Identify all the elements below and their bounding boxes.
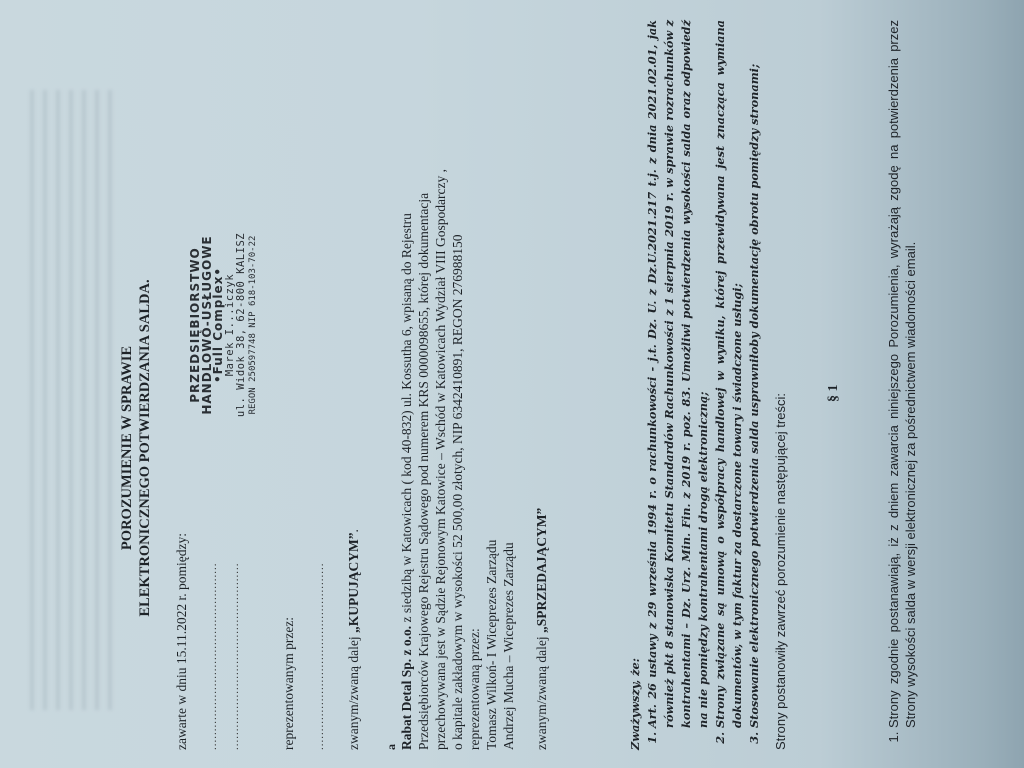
whereas-list: Art. 26 ustawy z 29 września 1994 r. o r… — [644, 20, 763, 750]
section-1-list: Strony zgodnie postanawiają, iż z dniem … — [885, 20, 919, 750]
section-1-item: Strony zgodnie postanawiają, iż z dniem … — [885, 20, 919, 728]
document-photo: POROZUMIENIE W SPRAWIE ELEKTRONICZNEGO P… — [0, 0, 1024, 768]
stamp-line-5: ul. Widok 38, 62-800 KALISZ — [236, 220, 248, 430]
representative-blank: ........................................… — [312, 563, 329, 751]
seller-line-1: z siedzibą w Katowicach ( kod 40-832) ul… — [399, 213, 414, 626]
whereas-item: Strony związane są umową o współpracy ha… — [712, 20, 746, 728]
whereas-item: Stosowanie elektronicznego potwierdzenia… — [746, 20, 763, 728]
whereas-section: Zważywszy, że: Art. 26 ustawy z 29 wrześ… — [627, 20, 763, 750]
buyer-clause-end: . — [346, 529, 361, 532]
seller-details: Rabat Detal Sp. z o.o. z siedzibą w Kato… — [398, 130, 483, 750]
seller-clause: zwanym/zwaną dalej „SPRZEDAJĄCYM” — [533, 508, 550, 750]
document-page: POROZUMIENIE W SPRAWIE ELEKTRONICZNEGO P… — [0, 0, 1024, 768]
represented-by-label: reprezentowanym przez: — [280, 617, 297, 750]
seller-rep-1: Tomasz Wilkoń- I Wiceprezes Zarządu — [483, 130, 500, 750]
title-line-1: POROZUMIENIE W SPRAWIE — [118, 188, 136, 708]
agreement-intro: Strony postanowiły zawrzeć porozumienie … — [772, 393, 789, 750]
seller-clause-text: zwanym/zwaną dalej — [534, 633, 549, 750]
title-line-2: ELEKTRONICZNEGO POTWIERDZANIA SALDA. — [136, 188, 154, 708]
seller-rep-2: Andrzej Mucha – Wiceprezes Zarządu — [500, 130, 517, 750]
whereas-heading: Zważywszy, że: — [627, 20, 644, 750]
seller-line-2: Przedsiębiorców Krajowego Rejestru Sądow… — [415, 130, 432, 750]
section-heading: § 1 — [825, 385, 842, 403]
buyer-address-blank: ........................................… — [227, 563, 244, 751]
stamp-line-6: REGON 250597748 NIP 618-103-70-22 — [248, 220, 260, 430]
whereas-item: Art. 26 ustawy z 29 września 1994 r. o r… — [644, 20, 712, 728]
agreement-date-line: zawarte w dniu 15.11.2022 r. pomiędzy: — [173, 533, 190, 750]
seller-role: „SPRZEDAJĄCYM” — [534, 508, 549, 633]
seller-representatives: Tomasz Wilkoń- I Wiceprezes Zarządu Andr… — [483, 130, 517, 750]
buyer-role: „KUPUJĄCYM” — [346, 533, 361, 634]
company-stamp: PRZEDSIĘBIORSTWO HANDLOWO-USŁUGOWE •Full… — [190, 220, 259, 430]
buyer-clause: zwanym/zwaną dalej „KUPUJĄCYM”. — [345, 529, 362, 750]
seller-line-4: o kapitale zakładowym w wysokości 52 500… — [449, 130, 466, 750]
seller-line-5: reprezentowaną przez: — [466, 130, 483, 750]
stamp-line-3: •Full Complex• — [213, 220, 225, 430]
section-1: Strony zgodnie postanawiają, iż z dniem … — [885, 20, 919, 750]
document-title: POROZUMIENIE W SPRAWIE ELEKTRONICZNEGO P… — [118, 188, 154, 708]
buyer-name-blank: ........................................… — [205, 563, 222, 751]
seller-name: Rabat Detal Sp. z o.o. — [399, 626, 414, 750]
buyer-clause-text: zwanym/zwaną dalej — [346, 633, 361, 750]
seller-line-3: przechowywana jest w Sądzie Rejonowym Ka… — [432, 130, 449, 750]
